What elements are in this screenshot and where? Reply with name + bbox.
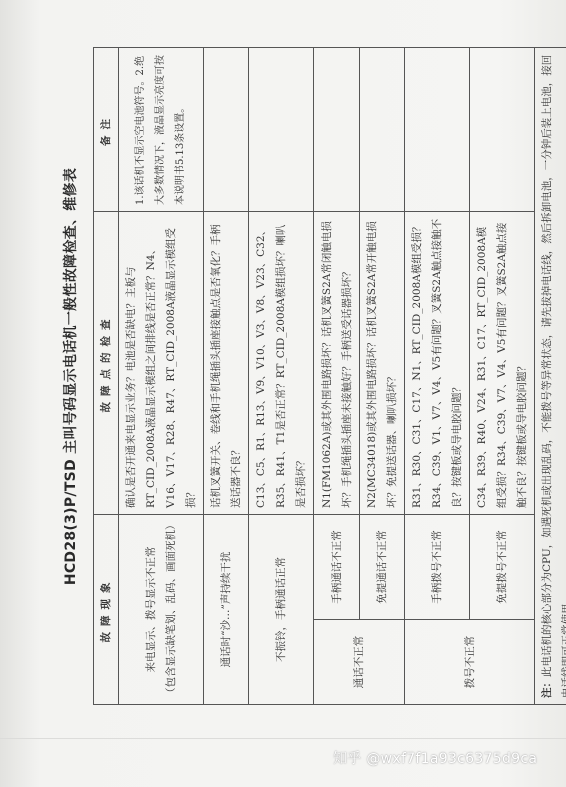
sub-phenomenon-cell: 手柄拨号不正常 bbox=[405, 515, 470, 620]
table-row: 拨号不正常 手柄拨号不正常 R31、R30、C31、C17、N1、RT_CID_… bbox=[405, 48, 470, 705]
phenomenon-subtext: （包含显示缺笔划、乱码、画面死机） bbox=[161, 521, 181, 698]
remarks-cell bbox=[470, 48, 535, 212]
checks-cell: N2(MC34018)或其外围电路损坏？话机叉簧S2A常开触电损坏？免提送话器、… bbox=[360, 212, 405, 515]
sub-phenomenon-cell: 免提通话不正常 bbox=[360, 515, 405, 620]
phenomenon-cell: 不振铃，手柄通话正常 bbox=[249, 515, 314, 705]
sub-phenomenon-cell: 免提拨号不正常 bbox=[470, 515, 535, 620]
phenomenon-cell: 通话不正常 bbox=[314, 620, 405, 705]
table-header-row: 故障现象 故障点的检查 备注 bbox=[94, 48, 119, 705]
checks-cell: C34、R39、R40、V24、R31、C17、RT_CID_2008A模组受损… bbox=[470, 212, 535, 515]
remarks-cell bbox=[360, 48, 405, 212]
header-remarks: 备注 bbox=[94, 48, 119, 212]
note-cell: 注：此电话机的核心部分为CPU，如遇死机或出现乱码，不能拨号等异常状态，请先拔掉… bbox=[535, 48, 566, 705]
sub-phenomenon-cell: 手柄通话不正常 bbox=[314, 515, 360, 620]
note-label: 注： bbox=[541, 677, 553, 698]
watermark: 知乎 @wxf7f1a93c6375d9ca bbox=[333, 748, 537, 768]
header-checks: 故障点的检查 bbox=[94, 212, 119, 515]
remarks-cell bbox=[405, 48, 470, 212]
checks-cell: R31、R30、C31、C17、N1、RT_CID_2008A模组受损？R34、… bbox=[405, 212, 470, 515]
note-text: 此电话机的核心部分为CPU，如遇死机或出现乱码，不能拨号等异常状态，请先拔掉电话… bbox=[541, 55, 566, 698]
remarks-cell bbox=[204, 48, 249, 212]
note-row: 注：此电话机的核心部分为CPU，如遇死机或出现乱码，不能拨号等异常状态，请先拔掉… bbox=[535, 48, 566, 705]
header-phenomenon: 故障现象 bbox=[94, 515, 119, 705]
document-title: HCD28(3)P/TSD 主叫号码显示电话机一般性故障检查、维修表 bbox=[48, 48, 93, 705]
checks-cell: C13、C5、R1、R13、V9、V10、V3、V8、V23、C32、R35、R… bbox=[249, 212, 314, 515]
checks-cell: N1(FM1062A)或其外围电路损坏？话机叉簧S2A常闭触电损坏？手机绳插头插… bbox=[314, 212, 360, 515]
remarks-cell bbox=[314, 48, 360, 212]
phenomenon-cell: 通话时“沙…”声持续干扰 bbox=[204, 515, 249, 705]
table-row: 不振铃，手柄通话正常 C13、C5、R1、R13、V9、V10、V3、V8、V2… bbox=[249, 48, 314, 705]
remarks-cell: 1.该话机不显示空电池符号。2.绝大多数情况下，液晶显示亮度可按本说明书5.13… bbox=[119, 48, 204, 212]
rotated-document: HCD28(3)P/TSD 主叫号码显示电话机一般性故障检查、维修表 故障现象 … bbox=[48, 48, 508, 705]
repair-table: 故障现象 故障点的检查 备注 来电显示、拨号显示不正常 （包含显示缺笔划、乱码、… bbox=[93, 47, 566, 705]
phenomenon-cell: 拨号不正常 bbox=[405, 620, 535, 705]
table-row: 免提拨号不正常 C34、R39、R40、V24、R31、C17、RT_CID_2… bbox=[470, 48, 535, 705]
page-crease bbox=[0, 738, 566, 739]
checks-cell: 话机叉簧开关、卷线和手机绳插头插座接触点是否氧化？手柄送话器不良？ bbox=[204, 212, 249, 515]
table-row: 免提通话不正常 N2(MC34018)或其外围电路损坏？话机叉簧S2A常开触电损… bbox=[360, 48, 405, 705]
table-row: 来电显示、拨号显示不正常 （包含显示缺笔划、乱码、画面死机） 确认是否开通来电显… bbox=[119, 48, 204, 705]
phenomenon-cell: 来电显示、拨号显示不正常 （包含显示缺笔划、乱码、画面死机） bbox=[119, 515, 204, 705]
scanned-page: HCD28(3)P/TSD 主叫号码显示电话机一般性故障检查、维修表 故障现象 … bbox=[0, 0, 566, 787]
checks-cell: 确认是否开通来电显示业务？电池是否缺电？主板与RT_CID_2008A液晶显示模… bbox=[119, 212, 204, 515]
phenomenon-text: 来电显示、拨号显示不正常 bbox=[141, 521, 161, 698]
table-row: 通话不正常 手柄通话不正常 N1(FM1062A)或其外围电路损坏？话机叉簧S2… bbox=[314, 48, 360, 705]
remarks-cell bbox=[249, 48, 314, 212]
table-row: 通话时“沙…”声持续干扰 话机叉簧开关、卷线和手机绳插头插座接触点是否氧化？手柄… bbox=[204, 48, 249, 705]
